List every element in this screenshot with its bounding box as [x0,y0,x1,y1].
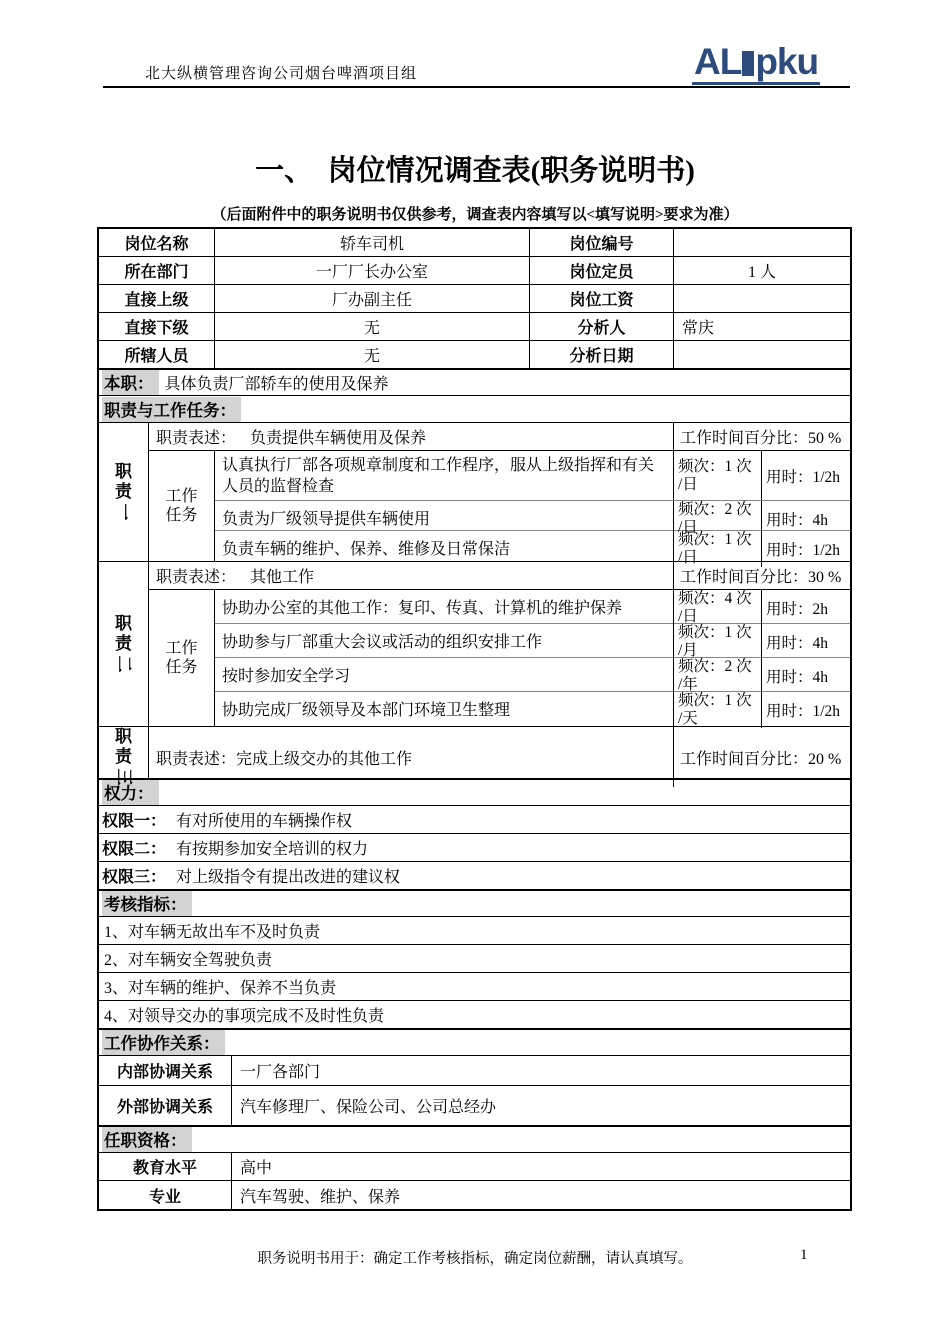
logo-block-icon [742,51,754,76]
info-value: 1 人 [674,257,850,284]
power-item-label: 权限一： [102,808,166,831]
duty2-task-label: 工作任务 [149,590,215,726]
cooperation-section-header: 工作协作关系： [99,1029,850,1056]
power-item-text: 有对所使用的车辆操作权 [176,808,352,831]
duty1-percent: 工作时间百分比：50 % [673,423,850,450]
task-text: 协助完成厂级领导及本部门环境卫生整理 [215,692,673,728]
duty2-vertical-label: 职 责 二 [99,562,149,726]
qualification-row: 专业 汽车驾驶、维护、保养 [99,1181,850,1209]
info-value: 无 [215,341,530,368]
footer-note: 职务说明书用于：确定工作考核指标，确定岗位薪酬，请认真填写。 [0,1247,950,1268]
info-value: 无 [215,313,530,340]
info-value [674,341,850,368]
allpku-logo: ALpku [692,42,820,85]
task-row: 负责为厂级领导提供车辆使用 频次：2 次/日 用时：4h [215,501,850,531]
duty1-task-label: 工作任务 [149,451,215,561]
kpi-section-label: 考核指标： [102,891,192,916]
duty3-percent: 工作时间百分比：20 % [673,727,850,787]
kpi-item: 1、对车辆无故出车不及时负责 [99,917,850,945]
duty1-vertical-label: 职 责 一 [99,423,149,561]
power-item: 权限一： 有对所使用的车辆操作权 [99,806,850,834]
kpi-section-header: 考核指标： [99,890,850,917]
cooperation-section-label: 工作协作关系： [102,1030,225,1055]
power-item-text: 有按期参加安全培训的权力 [176,836,368,859]
task-time: 用时：4h [761,658,850,694]
cooperation-value: 汽车修理厂、保险公司、公司总经办 [232,1086,850,1125]
task-row: 协助完成厂级领导及本部门环境卫生整理 频次：1 次/天 用时：1/2h [215,692,850,726]
table-row: 所辖人员 无 分析日期 [99,341,850,369]
task-time: 用时：2h [761,590,850,626]
power-item-label: 权限三： [102,864,166,887]
duty-desc-text: 负责提供车辆使用及保养 [250,425,426,448]
qualification-label: 专业 [99,1181,232,1209]
page-subtitle: （后面附件中的职务说明书仅供参考，调查表内容填写以<填写说明>要求为准） [0,203,950,224]
info-value: 轿车司机 [215,229,530,256]
header-divider [103,86,850,88]
cooperation-label: 内部协调关系 [99,1056,232,1085]
task-time: 用时：1/2h [761,451,850,500]
kpi-item: 2、对车辆安全驾驶负责 [99,945,850,973]
task-row: 负责车辆的维护、保养、维修及日常保洁 频次：1 次/日 用时：1/2h [215,531,850,561]
duty-desc-text: 其他工作 [250,564,314,587]
duty-desc-label: 职责表述： [156,564,236,587]
task-time: 用时：4h [761,624,850,660]
info-label: 分析日期 [530,341,674,368]
qualification-label: 教育水平 [99,1153,232,1180]
task-text: 按时参加安全学习 [215,658,673,694]
page-title: 一、 岗位情况调查表(职务说明书) [0,148,950,189]
task-row: 协助参与厂部重大会议或活动的组织安排工作 频次：1 次/月 用时：4h [215,624,850,658]
table-row: 所在部门 一厂厂长办公室 岗位定员 1 人 [99,257,850,285]
task-row: 按时参加安全学习 频次：2 次/年 用时：4h [215,658,850,692]
task-frequency-unit: /日 [678,476,761,494]
info-value: 厂办副主任 [215,285,530,312]
duty-block-3: 职 责 三 职责表述：完成上级交办的其他工作 工作时间百分比：20 % [99,727,850,779]
task-text: 认真执行厂部各项规章制度和工作程序，服从上级指挥和有关人员的监督检查 [215,451,673,500]
qualification-section-header: 任职资格： [99,1126,850,1153]
kpi-item: 3、对车辆的维护、保养不当负责 [99,973,850,1001]
cooperation-label: 外部协调关系 [99,1086,232,1125]
info-label: 岗位名称 [99,229,215,256]
task-frequency: 频次：2 次 [678,658,761,676]
info-label: 直接上级 [99,285,215,312]
duty2-percent: 工作时间百分比：30 % [673,562,850,589]
main-duty-text: 具体负责厂部轿车的使用及保养 [165,371,389,394]
info-label: 直接下级 [99,313,215,340]
info-label: 岗位工资 [530,285,674,312]
info-label: 分析人 [530,313,674,340]
duty-block-1: 职 责 一 职责表述： 负责提供车辆使用及保养 工作时间百分比：50 % 工作任… [99,423,850,562]
cooperation-row: 内部协调关系 一厂各部门 [99,1056,850,1086]
duty3-vertical-label: 职 责 三 [99,727,149,787]
task-row: 认真执行厂部各项规章制度和工作程序，服从上级指挥和有关人员的监督检查 频次：1 … [215,451,850,501]
info-value [674,229,850,256]
duty3-desc: 职责表述：完成上级交办的其他工作 [149,727,673,787]
task-text: 协助办公室的其他工作：复印、传真、计算机的维护保养 [215,590,673,626]
table-row: 直接上级 厂办副主任 岗位工资 [99,285,850,313]
duties-section-header: 职责与工作任务： [99,396,850,423]
task-frequency: 频次：4 次 [678,590,761,608]
main-duty-label: 本职： [102,370,159,395]
info-label: 所辖人员 [99,341,215,368]
power-item: 权限二： 有按期参加安全培训的权力 [99,834,850,862]
duties-section-label: 职责与工作任务： [102,397,241,422]
info-label: 岗位定员 [530,257,674,284]
task-frequency: 频次：1 次 [678,692,761,710]
info-value: 一厂厂长办公室 [215,257,530,284]
job-description-table: 岗位名称 轿车司机 岗位编号 所在部门 一厂厂长办公室 岗位定员 1 人 直接上… [97,227,852,1211]
qualification-value: 高中 [232,1153,850,1180]
qualification-value: 汽车驾驶、维护、保养 [232,1181,850,1209]
main-duty-row: 本职： 具体负责厂部轿车的使用及保养 [99,369,850,396]
cooperation-row: 外部协调关系 汽车修理厂、保险公司、公司总经办 [99,1086,850,1126]
task-frequency: 频次：1 次 [678,531,761,549]
cooperation-value: 一厂各部门 [232,1056,850,1085]
info-label: 岗位编号 [530,229,674,256]
power-item-label: 权限二： [102,836,166,859]
task-frequency: 频次：1 次 [678,458,761,476]
task-time: 用时：1/2h [761,692,850,728]
company-name: 北大纵横管理咨询公司烟台啤酒项目组 [145,62,417,83]
kpi-item: 4、对领导交办的事项完成不及时性负责 [99,1001,850,1029]
table-row: 岗位名称 轿车司机 岗位编号 [99,229,850,257]
info-value [674,285,850,312]
info-label: 所在部门 [99,257,215,284]
logo-text-right: pku [755,41,818,82]
task-frequency-unit: /天 [678,710,761,728]
duty1-desc-row: 职责表述： 负责提供车辆使用及保养 工作时间百分比：50 % [149,423,850,451]
task-row: 协助办公室的其他工作：复印、传真、计算机的维护保养 频次：4 次/日 用时：2h [215,590,850,624]
task-frequency: 频次：1 次 [678,624,761,642]
table-row: 直接下级 无 分析人 常庆 [99,313,850,341]
duty-desc-label: 职责表述： [156,425,236,448]
qualification-row: 教育水平 高中 [99,1153,850,1181]
task-frequency: 频次：2 次 [678,501,761,519]
duty-block-2: 职 责 二 职责表述： 其他工作 工作时间百分比：30 % 工作任务 协助办公室… [99,562,850,727]
info-value: 常庆 [674,313,850,340]
page-number: 1 [800,1247,808,1264]
task-text: 协助参与厂部重大会议或活动的组织安排工作 [215,624,673,660]
power-item: 权限三： 对上级指令有提出改进的建议权 [99,862,850,890]
power-item-text: 对上级指令有提出改进的建议权 [176,864,400,887]
duty2-desc-row: 职责表述： 其他工作 工作时间百分比：30 % [149,562,850,590]
logo-text-left: AL [694,41,741,82]
qualification-section-label: 任职资格： [102,1127,192,1152]
